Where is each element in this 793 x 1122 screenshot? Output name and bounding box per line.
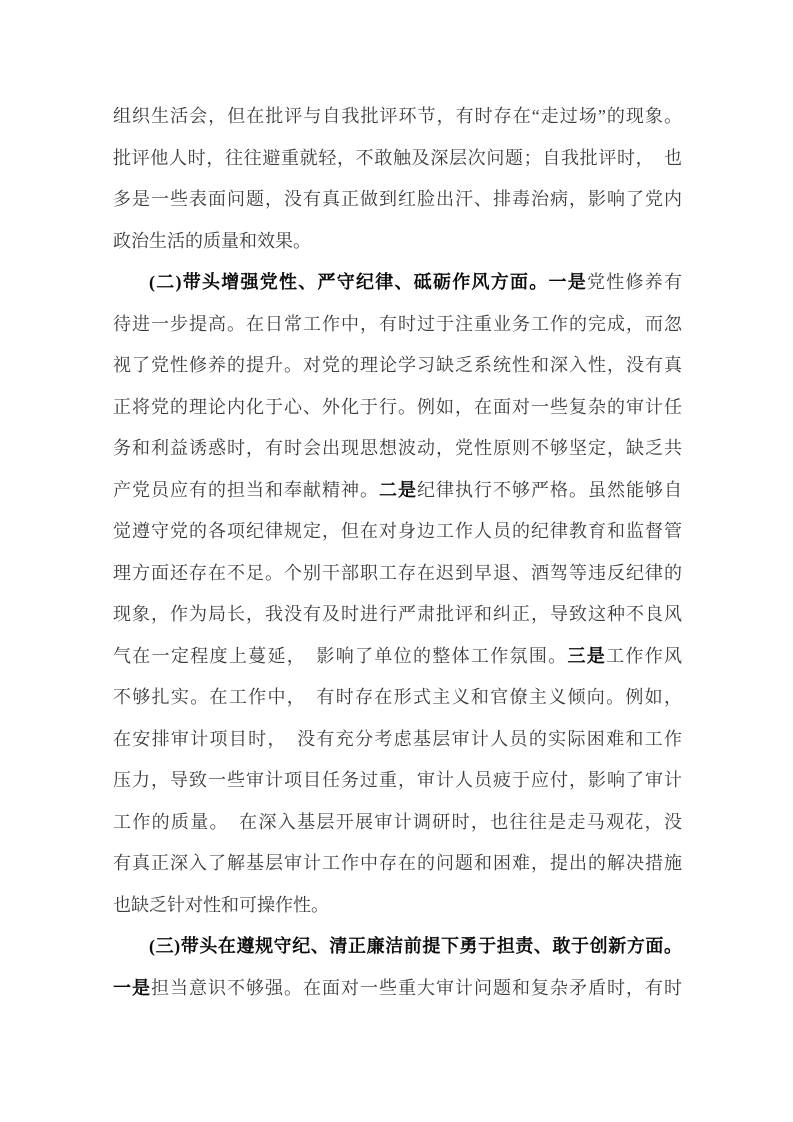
text-line: 务和利益诱惑时，有时会出现思想波动，党性原则不够坚定，缺乏共 [113, 428, 682, 470]
text-line: 在安排审计项目时， 没有充分考虑基层审计人员的实际困难和工作 [113, 719, 682, 761]
text-line: 工作的质量。 在深入基层开展审计调研时，也往往是走马观花，没 [113, 802, 682, 844]
text-line: 有真正深入了解基层审计工作中存在的问题和困难，提出的解决措施 [113, 843, 682, 885]
text-line: 批评他人时，往往避重就轻，不敢触及深层次问题；自我批评时， 也 [113, 138, 682, 180]
text-run: 压力，导致一些审计项目任务过重，审计人员疲于应付，影响了审计 [113, 770, 682, 790]
text-run: 政治生活的质量和效果。 [113, 231, 311, 251]
text-line: 组织生活会，但在批评与自我批评环节，有时存在“走过场”的现象。 [113, 96, 682, 138]
text-line: 也缺乏针对性和可操作性。 [113, 885, 682, 927]
text-run: 现象，作为局长，我没有及时进行严肃批评和纠正，导致这种不良风 [113, 604, 682, 624]
text-line: 视了党性修养的提升。对党的理论学习缺乏系统性和深入性，没有真 [113, 345, 682, 387]
text-run: 气在一定程度上蔓延， 影响了单位的整体工作氛围。 [113, 646, 567, 666]
text-run: 在安排审计项目时， 没有充分考虑基层审计人员的实际困难和工作 [113, 729, 682, 749]
bold-text-run: 一是 [113, 978, 151, 998]
text-run: 也缺乏针对性和可操作性。 [113, 895, 329, 915]
text-run: 务和利益诱惑时，有时会出现思想波动，党性原则不够坚定，缺乏共 [113, 438, 682, 458]
text-line: 压力，导致一些审计项目任务过重，审计人员疲于应付，影响了审计 [113, 760, 682, 802]
text-run: 工作作风 [606, 646, 682, 666]
text-line: 正将党的理论内化于心、外化于行。例如，在面对一些复杂的审计任 [113, 387, 682, 429]
text-line: 政治生活的质量和效果。 [113, 221, 682, 263]
text-line: (二)带头增强党性、严守纪律、砥砺作风方面。一是党性修养有 [113, 262, 682, 304]
para-section-3-integrity-responsibility: (三)带头在遵规守纪、清正廉洁前提下勇于担责、敢于创新方面。一是担当意识不够强。… [113, 926, 682, 1009]
text-line: 气在一定程度上蔓延， 影响了单位的整体工作氛围。三是工作作风 [113, 636, 682, 678]
text-line: 不够扎实。在工作中， 有时存在形式主义和官僚主义倾向。例如， [113, 677, 682, 719]
text-run: 理方面还存在不足。个别干部职工存在迟到早退、酒驾等违反纪律的 [113, 563, 682, 583]
text-line: 现象，作为局长，我没有及时进行严肃批评和纠正，导致这种不良风 [113, 594, 682, 636]
bold-text-run: 二是 [379, 480, 417, 500]
bold-text-run: (二)带头增强党性、严守纪律、砥砺作风方面。一是 [149, 272, 587, 292]
text-line: 理方面还存在不足。个别干部职工存在迟到早退、酒驾等违反纪律的 [113, 553, 682, 595]
para-section-2-party-spirit-discipline: (二)带头增强党性、严守纪律、砥砺作风方面。一是党性修养有待进一步提高。在日常工… [113, 262, 682, 926]
text-run: 不够扎实。在工作中， 有时存在形式主义和官僚主义倾向。例如， [113, 687, 682, 707]
text-run: 正将党的理论内化于心、外化于行。例如，在面对一些复杂的审计任 [113, 397, 682, 417]
text-run: 工作的质量。 在深入基层开展审计调研时，也往往是走马观花，没 [113, 812, 682, 832]
text-line: 待进一步提高。在日常工作中，有时过于注重业务工作的完成，而忽 [113, 304, 682, 346]
document-text-block: 组织生活会，但在批评与自我批评环节，有时存在“走过场”的现象。批评他人时，往往避… [113, 96, 682, 1009]
text-line: 觉遵守党的各项纪律规定，但在对身边工作人员的纪律教育和监督管 [113, 511, 682, 553]
text-line: 一是担当意识不够强。在面对一些重大审计问题和复杂矛盾时，有时 [113, 968, 682, 1010]
text-run: 党性修养有 [587, 272, 682, 292]
text-line: 产党员应有的担当和奉献精神。二是纪律执行不够严格。虽然能够自 [113, 470, 682, 512]
para-org-life-meeting: 组织生活会，但在批评与自我批评环节，有时存在“走过场”的现象。批评他人时，往往避… [113, 96, 682, 262]
text-run: 视了党性修养的提升。对党的理论学习缺乏系统性和深入性，没有真 [113, 355, 682, 375]
text-run: 有真正深入了解基层审计工作中存在的问题和困难，提出的解决措施 [113, 853, 682, 873]
text-line: 多是一些表面问题，没有真正做到红脸出汗、排毒治病，影响了党内 [113, 179, 682, 221]
text-run: 批评他人时，往往避重就轻，不敢触及深层次问题；自我批评时， 也 [113, 148, 682, 168]
text-run: 产党员应有的担当和奉献精神。 [113, 480, 379, 500]
bold-text-run: (三)带头在遵规守纪、清正廉洁前提下勇于担责、敢于创新方面。 [149, 936, 682, 956]
text-run: 纪律执行不够严格。虽然能够自 [417, 480, 682, 500]
bold-text-run: 三是 [567, 646, 606, 666]
document-page: 组织生活会，但在批评与自我批评环节，有时存在“走过场”的现象。批评他人时，往往避… [0, 0, 793, 1122]
text-line: (三)带头在遵规守纪、清正廉洁前提下勇于担责、敢于创新方面。 [113, 926, 682, 968]
text-run: 多是一些表面问题，没有真正做到红脸出汗、排毒治病，影响了党内 [113, 189, 682, 209]
text-run: 觉遵守党的各项纪律规定，但在对身边工作人员的纪律教育和监督管 [113, 521, 682, 541]
text-run: 组织生活会，但在批评与自我批评环节，有时存在“走过场”的现象。 [113, 106, 682, 126]
text-run: 待进一步提高。在日常工作中，有时过于注重业务工作的完成，而忽 [113, 314, 682, 334]
text-run: 担当意识不够强。在面对一些重大审计问题和复杂矛盾时，有时 [151, 978, 682, 998]
